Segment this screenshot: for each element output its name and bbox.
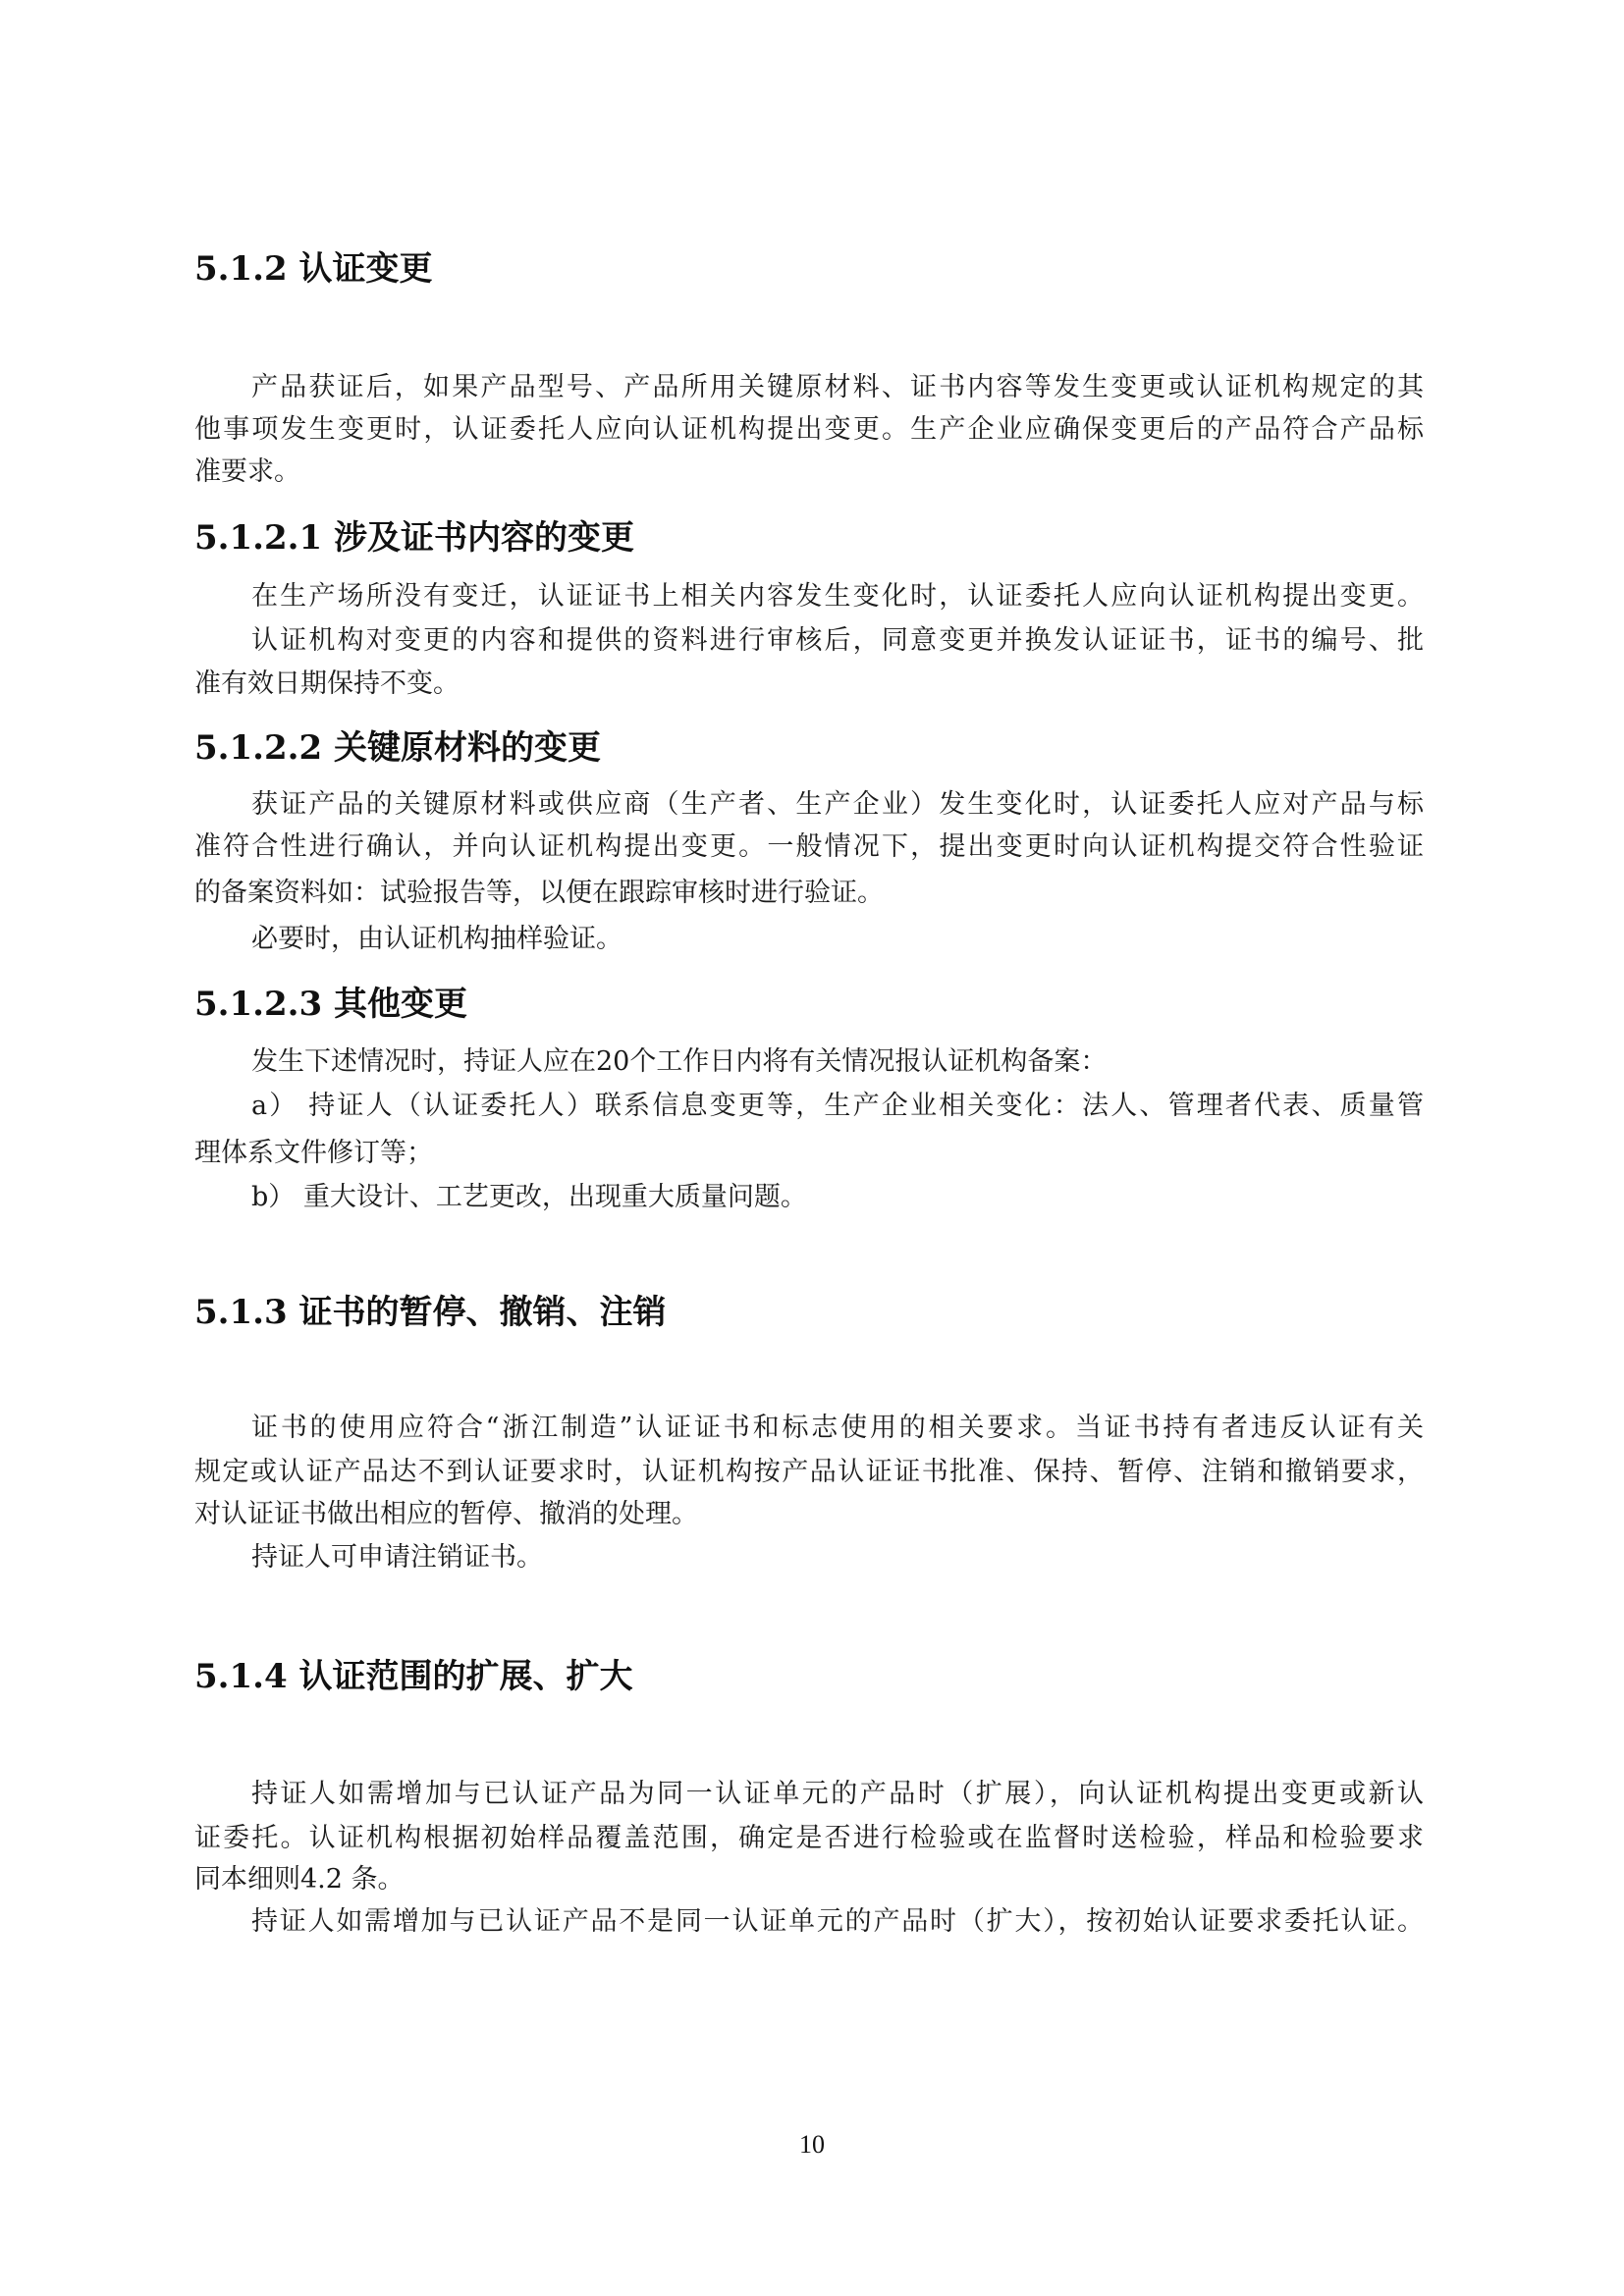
page-number: 10 [0, 2128, 1624, 2162]
paragraph-line: 持证人可申请注销证书。 [251, 1541, 1424, 1575]
section-heading-5-1-2-1: 5.1.2.1 涉及证书内容的变更 [194, 518, 634, 558]
paragraph-line: 规定或认证产品达不到认证要求时，认证机构按产品认证证书批准、保持、暂停、注销和撤… [194, 1456, 1424, 1489]
paragraph-line: 证委托。认证机构根据初始样品覆盖范围，确定是否进行检验或在监督时送检验，样品和检… [194, 1822, 1424, 1855]
paragraph-line: 在生产场所没有变迁，认证证书上相关内容发生变化时，认证委托人应向认证机构提出变更… [251, 580, 1424, 614]
paragraph-line: 同本细则4.2 条。 [194, 1863, 1424, 1896]
paragraph-line: 产品获证后，如果产品型号、产品所用关键原材料、证书内容等发生变更或认证机构规定的… [251, 371, 1424, 404]
paragraph-line: 发生下述情况时，持证人应在20个工作日内将有关情况报认证机构备案： [251, 1045, 1424, 1079]
list-item-b: b） 重大设计、工艺更改，出现重大质量问题。 [251, 1181, 1424, 1214]
paragraph-line: 证书的使用应符合“浙江制造”认证证书和标志使用的相关要求。当证书持有者违反认证有… [251, 1412, 1424, 1445]
paragraph-line: 准有效日期保持不变。 [194, 667, 1424, 701]
paragraph-line: 持证人如需增加与已认证产品不是同一认证单元的产品时（扩大），按初始认证要求委托认… [251, 1905, 1424, 1939]
document-page: 5.1.2 认证变更 产品获证后，如果产品型号、产品所用关键原材料、证书内容等发… [0, 0, 1624, 2296]
list-item-a: a） 持证人（认证委托人）联系信息变更等，生产企业相关变化：法人、管理者代表、质… [251, 1090, 1424, 1123]
paragraph-line: 获证产品的关键原材料或供应商（生产者、生产企业）发生变化时，认证委托人应对产品与… [251, 788, 1424, 822]
paragraph-line: 他事项发生变更时，认证委托人应向认证机构提出变更。生产企业应确保变更后的产品符合… [194, 413, 1424, 447]
section-heading-5-1-2-3: 5.1.2.3 其他变更 [194, 985, 467, 1024]
section-heading-5-1-3: 5.1.3 证书的暂停、撤销、注销 [194, 1293, 666, 1332]
paragraph-line: 对认证证书做出相应的暂停、撤消的处理。 [194, 1498, 1424, 1531]
paragraph-line: 持证人如需增加与已认证产品为同一认证单元的产品时（扩展），向认证机构提出变更或新… [251, 1778, 1424, 1811]
paragraph-line: 准要求。 [194, 455, 1424, 489]
paragraph-line: 认证机构对变更的内容和提供的资料进行审核后，同意变更并换发认证证书，证书的编号、… [251, 624, 1424, 658]
section-heading-5-1-2: 5.1.2 认证变更 [194, 249, 432, 289]
paragraph-line: 准符合性进行确认，并向认证机构提出变更。一般情况下，提出变更时向认证机构提交符合… [194, 830, 1424, 864]
paragraph-line: 的备案资料如：试验报告等，以便在跟踪审核时进行验证。 [194, 877, 1424, 910]
section-heading-5-1-2-2: 5.1.2.2 关键原材料的变更 [194, 728, 601, 768]
list-item-a-continued: 理体系文件修订等； [194, 1137, 1424, 1170]
section-heading-5-1-4: 5.1.4 认证范围的扩展、扩大 [194, 1657, 632, 1696]
paragraph-line: 必要时，由认证机构抽样验证。 [251, 923, 1424, 956]
